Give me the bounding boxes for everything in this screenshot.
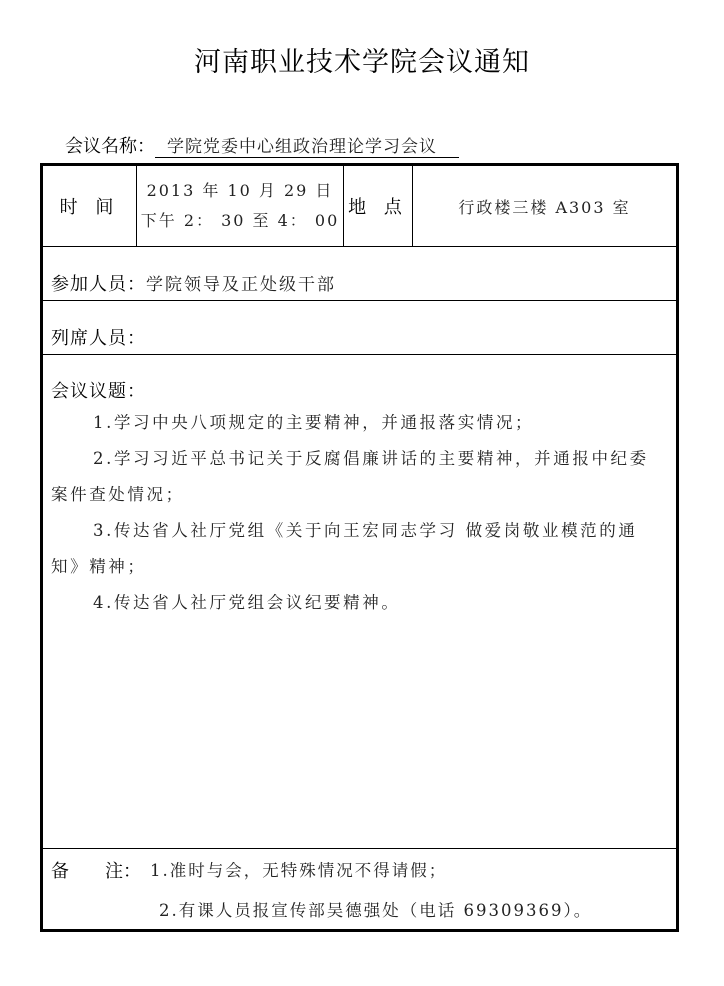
agenda-item-text: 4.传达省人社厅党组会议纪要精神。 (93, 593, 400, 612)
attendees-label: 参加人员： (51, 274, 146, 295)
attendees-value: 学院领导及正处级干部 (146, 275, 336, 295)
remarks-label-second: 注： (105, 861, 141, 882)
schedule-row: 时 间 2013 年 10 月 29 日 下午 2： 30 至 4： 00 地 … (43, 166, 676, 247)
remarks-row: 备注： 1.准时与会，无特殊情况不得请假； 2.有课人员报宣传部吴德强处（电话 … (43, 849, 676, 929)
agenda-item-text: 2.学习习近平总书记关于反腐倡廉讲话的主要精神，并通报中纪委案件查处情况； (51, 449, 649, 504)
document-title: 河南职业技术学院会议通知 (0, 40, 724, 79)
agenda-row: 会议议题： 1.学习中央八项规定的主要精神，并通报落实情况； 2.学习习近平总书… (43, 355, 676, 849)
agenda-item: 4.传达省人社厅党组会议纪要精神。 (51, 585, 666, 621)
remark-item: 2.有课人员报宣传部吴德强处（电话 69309369）。 (159, 897, 592, 921)
meeting-date: 2013 年 10 月 29 日 (147, 176, 334, 206)
agenda-item-text: 1.学习中央八项规定的主要精神，并通报落实情况； (93, 413, 534, 432)
location-label-cell: 地 点 (344, 166, 413, 246)
meeting-name-value: 学院党委中心组政治理论学习会议 (155, 137, 459, 158)
meeting-location: 行政楼三楼 A303 室 (458, 195, 630, 218)
meeting-name-label: 会议名称： (65, 136, 155, 157)
location-label: 地 点 (348, 193, 408, 219)
remarks-label-first: 备 (51, 861, 69, 882)
time-label: 时 间 (60, 193, 120, 219)
agenda-item-text: 3.传达省人社厅党组《关于向王宏同志学习 做爱岗敬业模范的通知》精神； (51, 521, 638, 576)
observers-line: 列席人员： (51, 324, 146, 350)
meeting-time-range: 下午 2： 30 至 4： 00 (141, 206, 340, 236)
remarks-label: 备注： (51, 857, 141, 883)
notice-table: 时 间 2013 年 10 月 29 日 下午 2： 30 至 4： 00 地 … (40, 163, 679, 932)
time-label-cell: 时 间 (43, 166, 137, 246)
observers-row: 列席人员： (43, 301, 676, 355)
time-value-cell: 2013 年 10 月 29 日 下午 2： 30 至 4： 00 (137, 166, 344, 246)
attendees-row: 参加人员：学院领导及正处级干部 (43, 247, 676, 301)
attendees-line: 参加人员：学院领导及正处级干部 (51, 270, 336, 296)
remark-item: 1.准时与会，无特殊情况不得请假； (150, 857, 447, 881)
agenda-item: 3.传达省人社厅党组《关于向王宏同志学习 做爱岗敬业模范的通知》精神； (51, 513, 666, 585)
observers-label: 列席人员： (51, 328, 146, 349)
agenda-item: 2.学习习近平总书记关于反腐倡廉讲话的主要精神，并通报中纪委案件查处情况； (51, 441, 666, 513)
agenda-item: 1.学习中央八项规定的主要精神，并通报落实情况； (51, 405, 666, 441)
agenda-label: 会议议题： (51, 377, 146, 403)
location-value-cell: 行政楼三楼 A303 室 (413, 166, 676, 246)
meeting-name-row: 会议名称：学院党委中心组政治理论学习会议 (65, 132, 459, 156)
